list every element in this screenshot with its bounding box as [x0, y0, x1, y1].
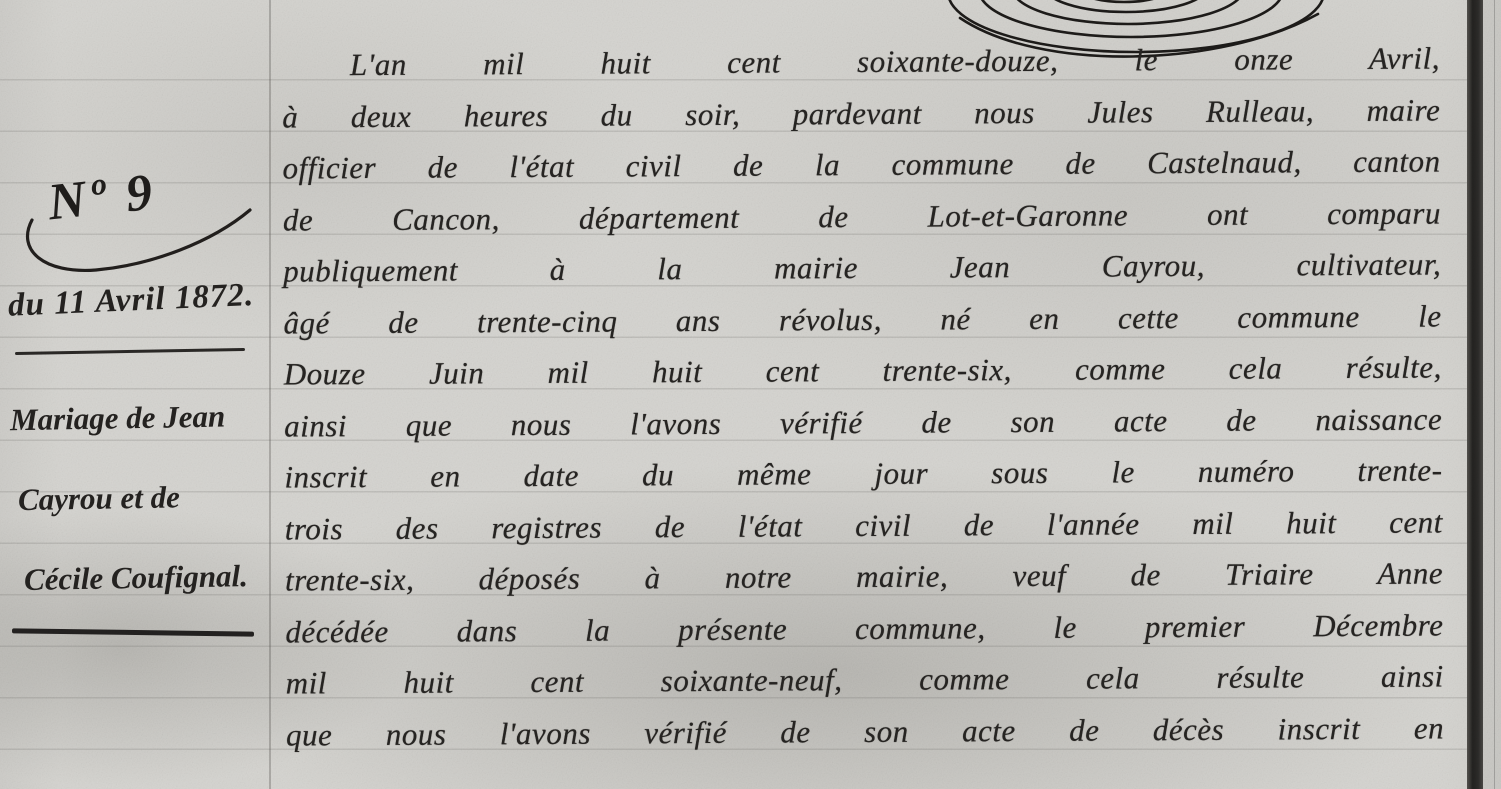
paper-grain	[0, 0, 1501, 789]
register-page: Nº 9 du 11 Avril 1872. Mariage de Jean C…	[0, 0, 1501, 789]
